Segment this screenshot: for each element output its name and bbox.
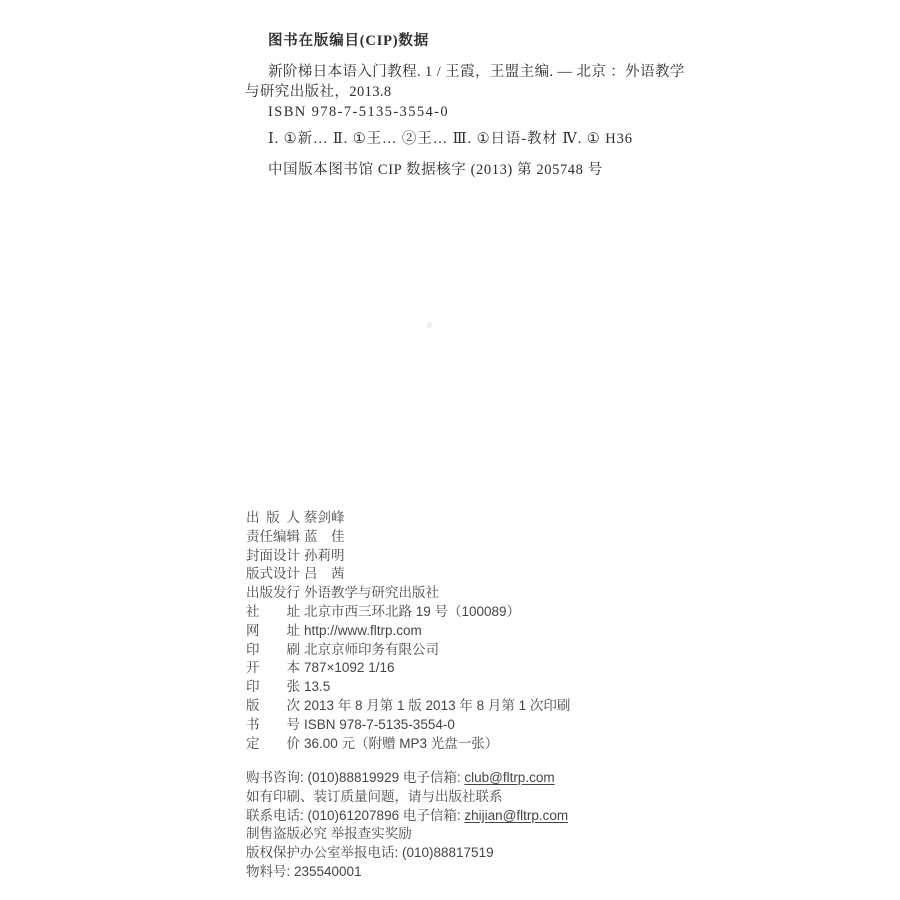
info-value: 北京京师印务有限公司 xyxy=(304,642,439,657)
info-label: 版次 xyxy=(246,697,300,716)
info-label: 责任编辑 xyxy=(246,528,300,547)
info-value: 2013 年 8 月第 1 版 2013 年 8 月第 1 次印刷 xyxy=(304,698,570,713)
website-url: http://www.fltrp.com xyxy=(304,623,422,638)
info-label: 版式设计 xyxy=(246,565,300,584)
cip-block: 图书在版编目(CIP)数据 新阶梯日本语入门教程. 1 / 王霞，王盟主编. —… xyxy=(245,31,715,180)
info-label: 印刷 xyxy=(246,641,300,660)
info-row-price: 定价36.00 元（附赠 MP3 光盘一张） xyxy=(246,735,786,754)
info-row-layout-design: 版式设计吕 茜 xyxy=(246,565,786,584)
info-label: 网址 xyxy=(246,622,300,641)
phone-info-text: 联系电话: (010)61207896 电子信箱: xyxy=(246,808,464,823)
info-row-isbn: 书号ISBN 978-7-5135-3554-0 xyxy=(246,716,786,735)
cip-title-line-1: 新阶梯日本语入门教程. 1 / 王霞，王盟主编. — 北京 ：外语教学 xyxy=(245,62,715,82)
info-row-publisher-person: 出版人蔡剑峰 xyxy=(246,509,786,528)
info-value: 北京市西三环北路 19 号（100089） xyxy=(304,604,520,619)
info-label: 封面设计 xyxy=(246,547,300,566)
info-row-publisher: 出版发行外语教学与研究出版社 xyxy=(246,584,786,603)
info-value: 蓝 佳 xyxy=(304,529,345,544)
info-row-edition: 版次2013 年 8 月第 1 版 2013 年 8 月第 1 次印刷 xyxy=(246,697,786,716)
info-value: 13.5 xyxy=(304,679,330,694)
info-row-format: 开本787×1092 1/16 xyxy=(246,659,786,678)
publication-info-block: 出版人蔡剑峰 责任编辑蓝 佳 封面设计孙莉明 版式设计吕 茜 出版发行外语教学与… xyxy=(246,509,786,753)
purchase-info-text: 购书咨询: (010)88819929 电子信箱: xyxy=(246,770,464,785)
info-value: 吕 茜 xyxy=(304,566,345,581)
info-value: 蔡剑峰 xyxy=(304,510,345,525)
cip-title-line-2: 与研究出版社，2013.8 xyxy=(245,82,715,102)
info-value: 孙莉明 xyxy=(304,548,345,563)
info-label: 社址 xyxy=(246,603,300,622)
contact-line-phone: 联系电话: (010)61207896 电子信箱: zhijian@fltrp.… xyxy=(246,807,806,826)
contact-line-purchase: 购书咨询: (010)88819929 电子信箱: club@fltrp.com xyxy=(246,769,806,788)
contact-line-quality: 如有印刷、装订质量问题，请与出版社联系 xyxy=(246,788,806,807)
info-value: 外语教学与研究出版社 xyxy=(304,585,439,600)
scan-speck xyxy=(427,322,432,328)
info-row-editor: 责任编辑蓝 佳 xyxy=(246,528,786,547)
info-row-website: 网址http://www.fltrp.com xyxy=(246,622,786,641)
info-label: 开本 xyxy=(246,659,300,678)
club-email-link[interactable]: club@fltrp.com xyxy=(464,770,554,785)
cip-heading: 图书在版编目(CIP)数据 xyxy=(245,31,715,51)
info-label: 印张 xyxy=(246,678,300,697)
info-label: 定价 xyxy=(246,735,300,754)
info-row-sheets: 印张13.5 xyxy=(246,678,786,697)
info-row-cover-design: 封面设计孙莉明 xyxy=(246,547,786,566)
contact-line-piracy-notice: 制售盗版必究 举报查实奖励 xyxy=(246,825,806,844)
info-row-printer: 印刷北京京师印务有限公司 xyxy=(246,641,786,660)
info-label: 出版发行 xyxy=(246,584,300,603)
info-value: ISBN 978-7-5135-3554-0 xyxy=(304,717,455,732)
copyright-page: 图书在版编目(CIP)数据 新阶梯日本语入门教程. 1 / 王霞，王盟主编. —… xyxy=(0,0,900,900)
contact-line-material-number: 物料号: 235540001 xyxy=(246,863,806,882)
contact-line-report-phone: 版权保护办公室举报电话: (010)88817519 xyxy=(246,844,806,863)
contact-block: 购书咨询: (010)88819929 电子信箱: club@fltrp.com… xyxy=(246,769,806,882)
zhijian-email-link[interactable]: zhijian@fltrp.com xyxy=(464,808,568,823)
info-value: 787×1092 1/16 xyxy=(304,660,394,675)
info-label: 书号 xyxy=(246,716,300,735)
info-label: 出版人 xyxy=(246,509,300,528)
cip-classification-line: Ⅰ. ①新… Ⅱ. ①王… ②王… Ⅲ. ①日语-教材 Ⅳ. ① H36 xyxy=(245,129,715,149)
cip-isbn-line: ISBN 978-7-5135-3554-0 xyxy=(245,102,715,122)
cip-record-number-line: 中国版本图书馆 CIP 数据核字 (2013) 第 205748 号 xyxy=(245,160,715,180)
info-value: 36.00 元（附赠 MP3 光盘一张） xyxy=(304,736,498,751)
info-row-address: 社址北京市西三环北路 19 号（100089） xyxy=(246,603,786,622)
